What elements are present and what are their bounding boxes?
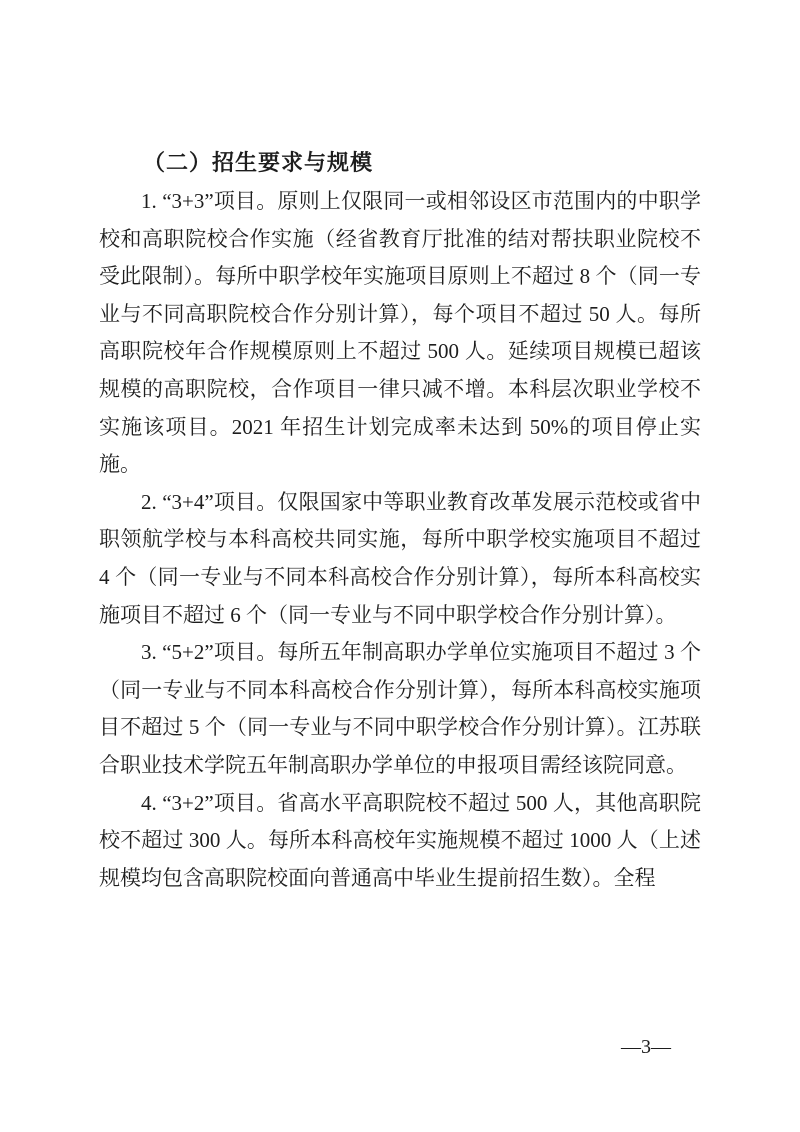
paragraph-project-3plus2: 4. “3+2”项目。省高水平高职院校不超过 500 人，其他高职院校不超过 3…	[99, 785, 701, 898]
document-page: （二）招生要求与规模 1. “3+3”项目。原则上仅限同一或相邻设区市范围内的中…	[0, 0, 800, 1132]
paragraph-project-3plus3: 1. “3+3”项目。原则上仅限同一或相邻设区市范围内的中职学校和高职院校合作实…	[99, 183, 701, 484]
document-body: （二）招生要求与规模 1. “3+3”项目。原则上仅限同一或相邻设区市范围内的中…	[99, 143, 701, 897]
paragraph-project-3plus4: 2. “3+4”项目。仅限国家中等职业教育改革发展示范校或省中职领航学校与本科高…	[99, 484, 701, 634]
page-number: —3—	[586, 1035, 706, 1059]
section-heading: （二）招生要求与规模	[99, 143, 701, 183]
paragraph-project-5plus2: 3. “5+2”项目。每所五年制高职办学单位实施项目不超过 3 个（同一专业与不…	[99, 634, 701, 784]
